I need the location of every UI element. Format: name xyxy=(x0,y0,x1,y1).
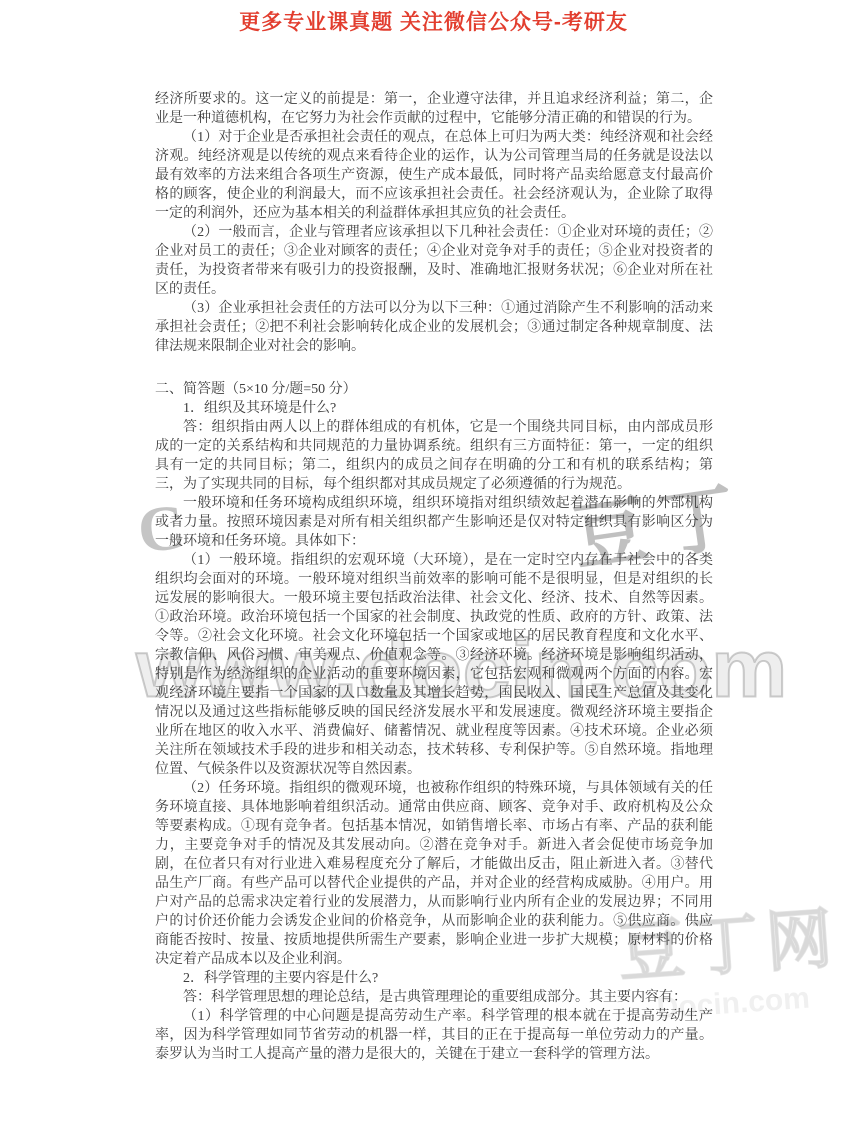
section-heading: 二、简答题（5×10 分/题=50 分） xyxy=(155,380,713,399)
document-page: 更多专业课真题 关注微信公众号-考研友 C 豆丁 www.docin.com 豆… xyxy=(0,0,867,1122)
paragraph-continuation: 经济所要求的。这一定义的前提是：第一，企业遵守法律，并且追求经济利益；第二，企业… xyxy=(155,90,713,128)
question-1: 1．组织及其环境是什么? xyxy=(155,399,713,418)
answer-2-intro: 答：科学管理思想的理论总结，是古典管理理论的重要组成部分。其主要内容有： xyxy=(155,988,713,1007)
answer-1-definition: 答：组织指由两人以上的群体组成的有机体，它是一个围绕共同目标，由内部成员形成的一… xyxy=(155,418,713,494)
paragraph-point-3: （3）企业承担社会责任的方法可以分为以下三种：①通过消除产生不利影响的活动来承担… xyxy=(155,299,713,356)
question-2: 2．科学管理的主要内容是什么? xyxy=(155,969,713,988)
answer-1-environment-intro: 一般环境和任务环境构成组织环境，组织环境指对组织绩效起着潜在影响的外部机构或者力… xyxy=(155,494,713,551)
answer-1-general-environment: （1）一般环境。指组织的宏观环境（大环境），是在一定时空内存在于社会中的各类组织… xyxy=(155,551,713,779)
answer-1-task-environment: （2）任务环境。指组织的微观环境，也被称作组织的特殊环境，与具体领域有关的任务环… xyxy=(155,779,713,969)
promo-banner: 更多专业课真题 关注微信公众号-考研友 xyxy=(0,6,867,36)
paragraph-point-1: （1）对于企业是否承担社会责任的观点，在总体上可归为两大类：纯经济观和社会经济观… xyxy=(155,128,713,223)
document-body: 经济所要求的。这一定义的前提是：第一，企业遵守法律，并且追求经济利益；第二，企业… xyxy=(155,90,713,1064)
paragraph-point-2: （2）一般而言，企业与管理者应该承担以下几种社会责任：①企业对环境的责任；②企业… xyxy=(155,223,713,299)
answer-2-point-1: （1）科学管理的中心问题是提高劳动生产率。科学管理的根本就在于提高劳动生产率，因… xyxy=(155,1007,713,1064)
